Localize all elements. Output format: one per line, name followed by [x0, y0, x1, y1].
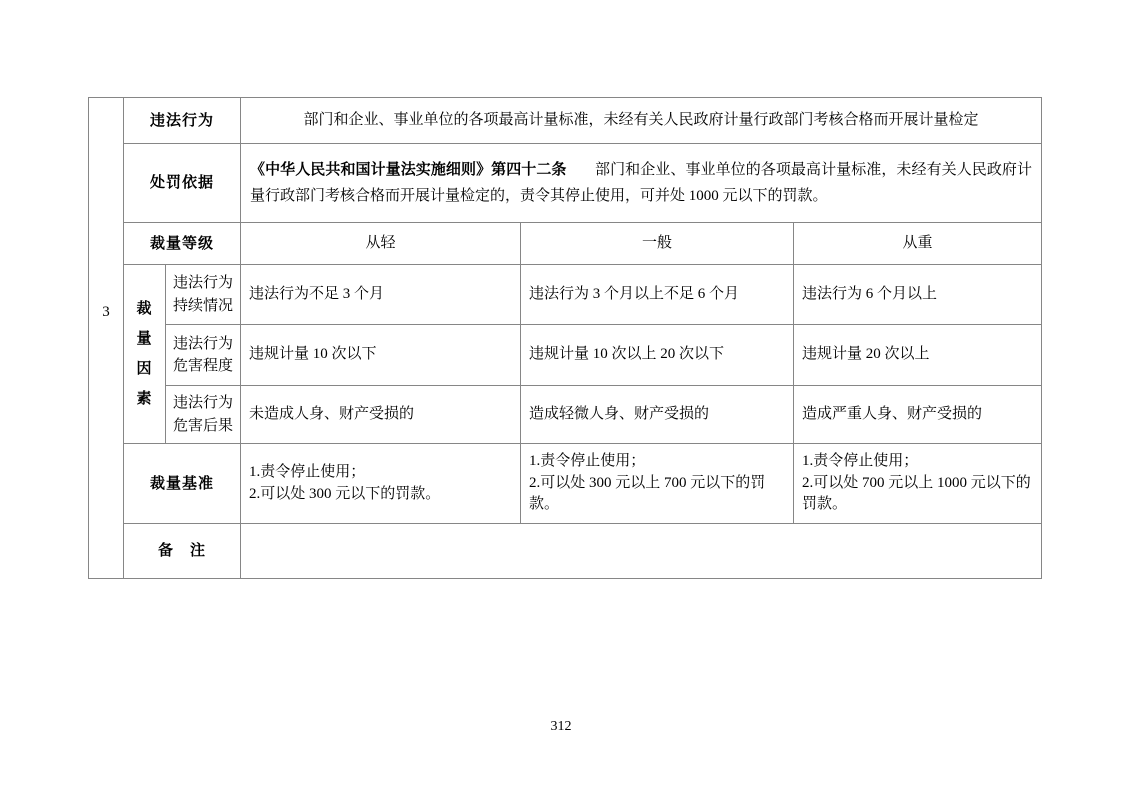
grade-heavy-cell: 从重	[794, 223, 1042, 265]
factor-duration-light-cell: 违法行为不足 3 个月	[241, 265, 521, 325]
benchmark-general-cell: 1.责令停止使用； 2.可以处 300 元以上 700 元以下的罚款。	[521, 444, 794, 524]
factor-duration-heavy-cell: 违法行为 6 个月以上	[794, 265, 1042, 325]
factor-label-cell: 裁量因素	[124, 265, 166, 444]
factor-consequence-label-cell: 违法行为危害后果	[166, 386, 241, 444]
benchmark-heavy-cell: 1.责令停止使用； 2.可以处 700 元以上 1000 元以下的罚款。	[794, 444, 1042, 524]
document-page: 3 违法行为 部门和企业、事业单位的各项最高计量标准，未经有关人民政府计量行政部…	[0, 0, 1122, 793]
factor-label-vertical: 裁量因素	[136, 294, 153, 414]
penalty-discretion-table: 3 违法行为 部门和企业、事业单位的各项最高计量标准，未经有关人民政府计量行政部…	[88, 97, 1042, 579]
factor-consequence-heavy-cell: 造成严重人身、财产受损的	[794, 386, 1042, 444]
benchmark-heavy-item-2: 2.可以处 700 元以上 1000 元以下的罚款。	[802, 473, 1033, 517]
factor-duration-label-cell: 违法行为持续情况	[166, 265, 241, 325]
factor-consequence-light-cell: 未造成人身、财产受损的	[241, 386, 521, 444]
benchmark-label-cell: 裁量基准	[124, 444, 241, 524]
violation-content-cell: 部门和企业、事业单位的各项最高计量标准，未经有关人民政府计量行政部门考核合格而开…	[241, 98, 1042, 144]
factor-degree-general-cell: 违规计量 10 次以上 20 次以下	[521, 325, 794, 386]
grade-label-cell: 裁量等级	[124, 223, 241, 265]
factor-degree-label-cell: 违法行为危害程度	[166, 325, 241, 386]
law-citation: 《中华人民共和国计量法实施细则》第四十二条	[250, 161, 567, 178]
row-factor-consequence: 违法行为危害后果 未造成人身、财产受损的 造成轻微人身、财产受损的 造成严重人身…	[89, 386, 1042, 444]
factor-degree-heavy-cell: 违规计量 20 次以上	[794, 325, 1042, 386]
factor-degree-light-cell: 违规计量 10 次以下	[241, 325, 521, 386]
remarks-content-cell	[241, 524, 1042, 579]
benchmark-light-item-1: 1.责令停止使用；	[249, 462, 512, 484]
benchmark-heavy-item-1: 1.责令停止使用；	[802, 451, 1033, 473]
row-benchmark: 裁量基准 1.责令停止使用； 2.可以处 300 元以下的罚款。 1.责令停止使…	[89, 444, 1042, 524]
grade-light-cell: 从轻	[241, 223, 521, 265]
row-penalty-basis: 处罚依据 《中华人民共和国计量法实施细则》第四十二条部门和企业、事业单位的各项最…	[89, 144, 1042, 223]
factor-duration-general-cell: 违法行为 3 个月以上不足 6 个月	[521, 265, 794, 325]
remarks-label-cell: 备 注	[124, 524, 241, 579]
benchmark-general-item-2: 2.可以处 300 元以上 700 元以下的罚款。	[529, 473, 785, 517]
basis-label-cell: 处罚依据	[124, 144, 241, 223]
benchmark-light-item-2: 2.可以处 300 元以下的罚款。	[249, 484, 512, 506]
grade-general-cell: 一般	[521, 223, 794, 265]
benchmark-light-cell: 1.责令停止使用； 2.可以处 300 元以下的罚款。	[241, 444, 521, 524]
factor-consequence-general-cell: 造成轻微人身、财产受损的	[521, 386, 794, 444]
entry-index-cell: 3	[89, 98, 124, 579]
row-violation: 3 违法行为 部门和企业、事业单位的各项最高计量标准，未经有关人民政府计量行政部…	[89, 98, 1042, 144]
row-factor-degree: 违法行为危害程度 违规计量 10 次以下 违规计量 10 次以上 20 次以下 …	[89, 325, 1042, 386]
violation-label-cell: 违法行为	[124, 98, 241, 144]
page-number: 312	[0, 719, 1122, 735]
row-remarks: 备 注	[89, 524, 1042, 579]
row-grade-levels: 裁量等级 从轻 一般 从重	[89, 223, 1042, 265]
row-factor-duration: 裁量因素 违法行为持续情况 违法行为不足 3 个月 违法行为 3 个月以上不足 …	[89, 265, 1042, 325]
benchmark-general-item-1: 1.责令停止使用；	[529, 451, 785, 473]
basis-content-cell: 《中华人民共和国计量法实施细则》第四十二条部门和企业、事业单位的各项最高计量标准…	[241, 144, 1042, 223]
